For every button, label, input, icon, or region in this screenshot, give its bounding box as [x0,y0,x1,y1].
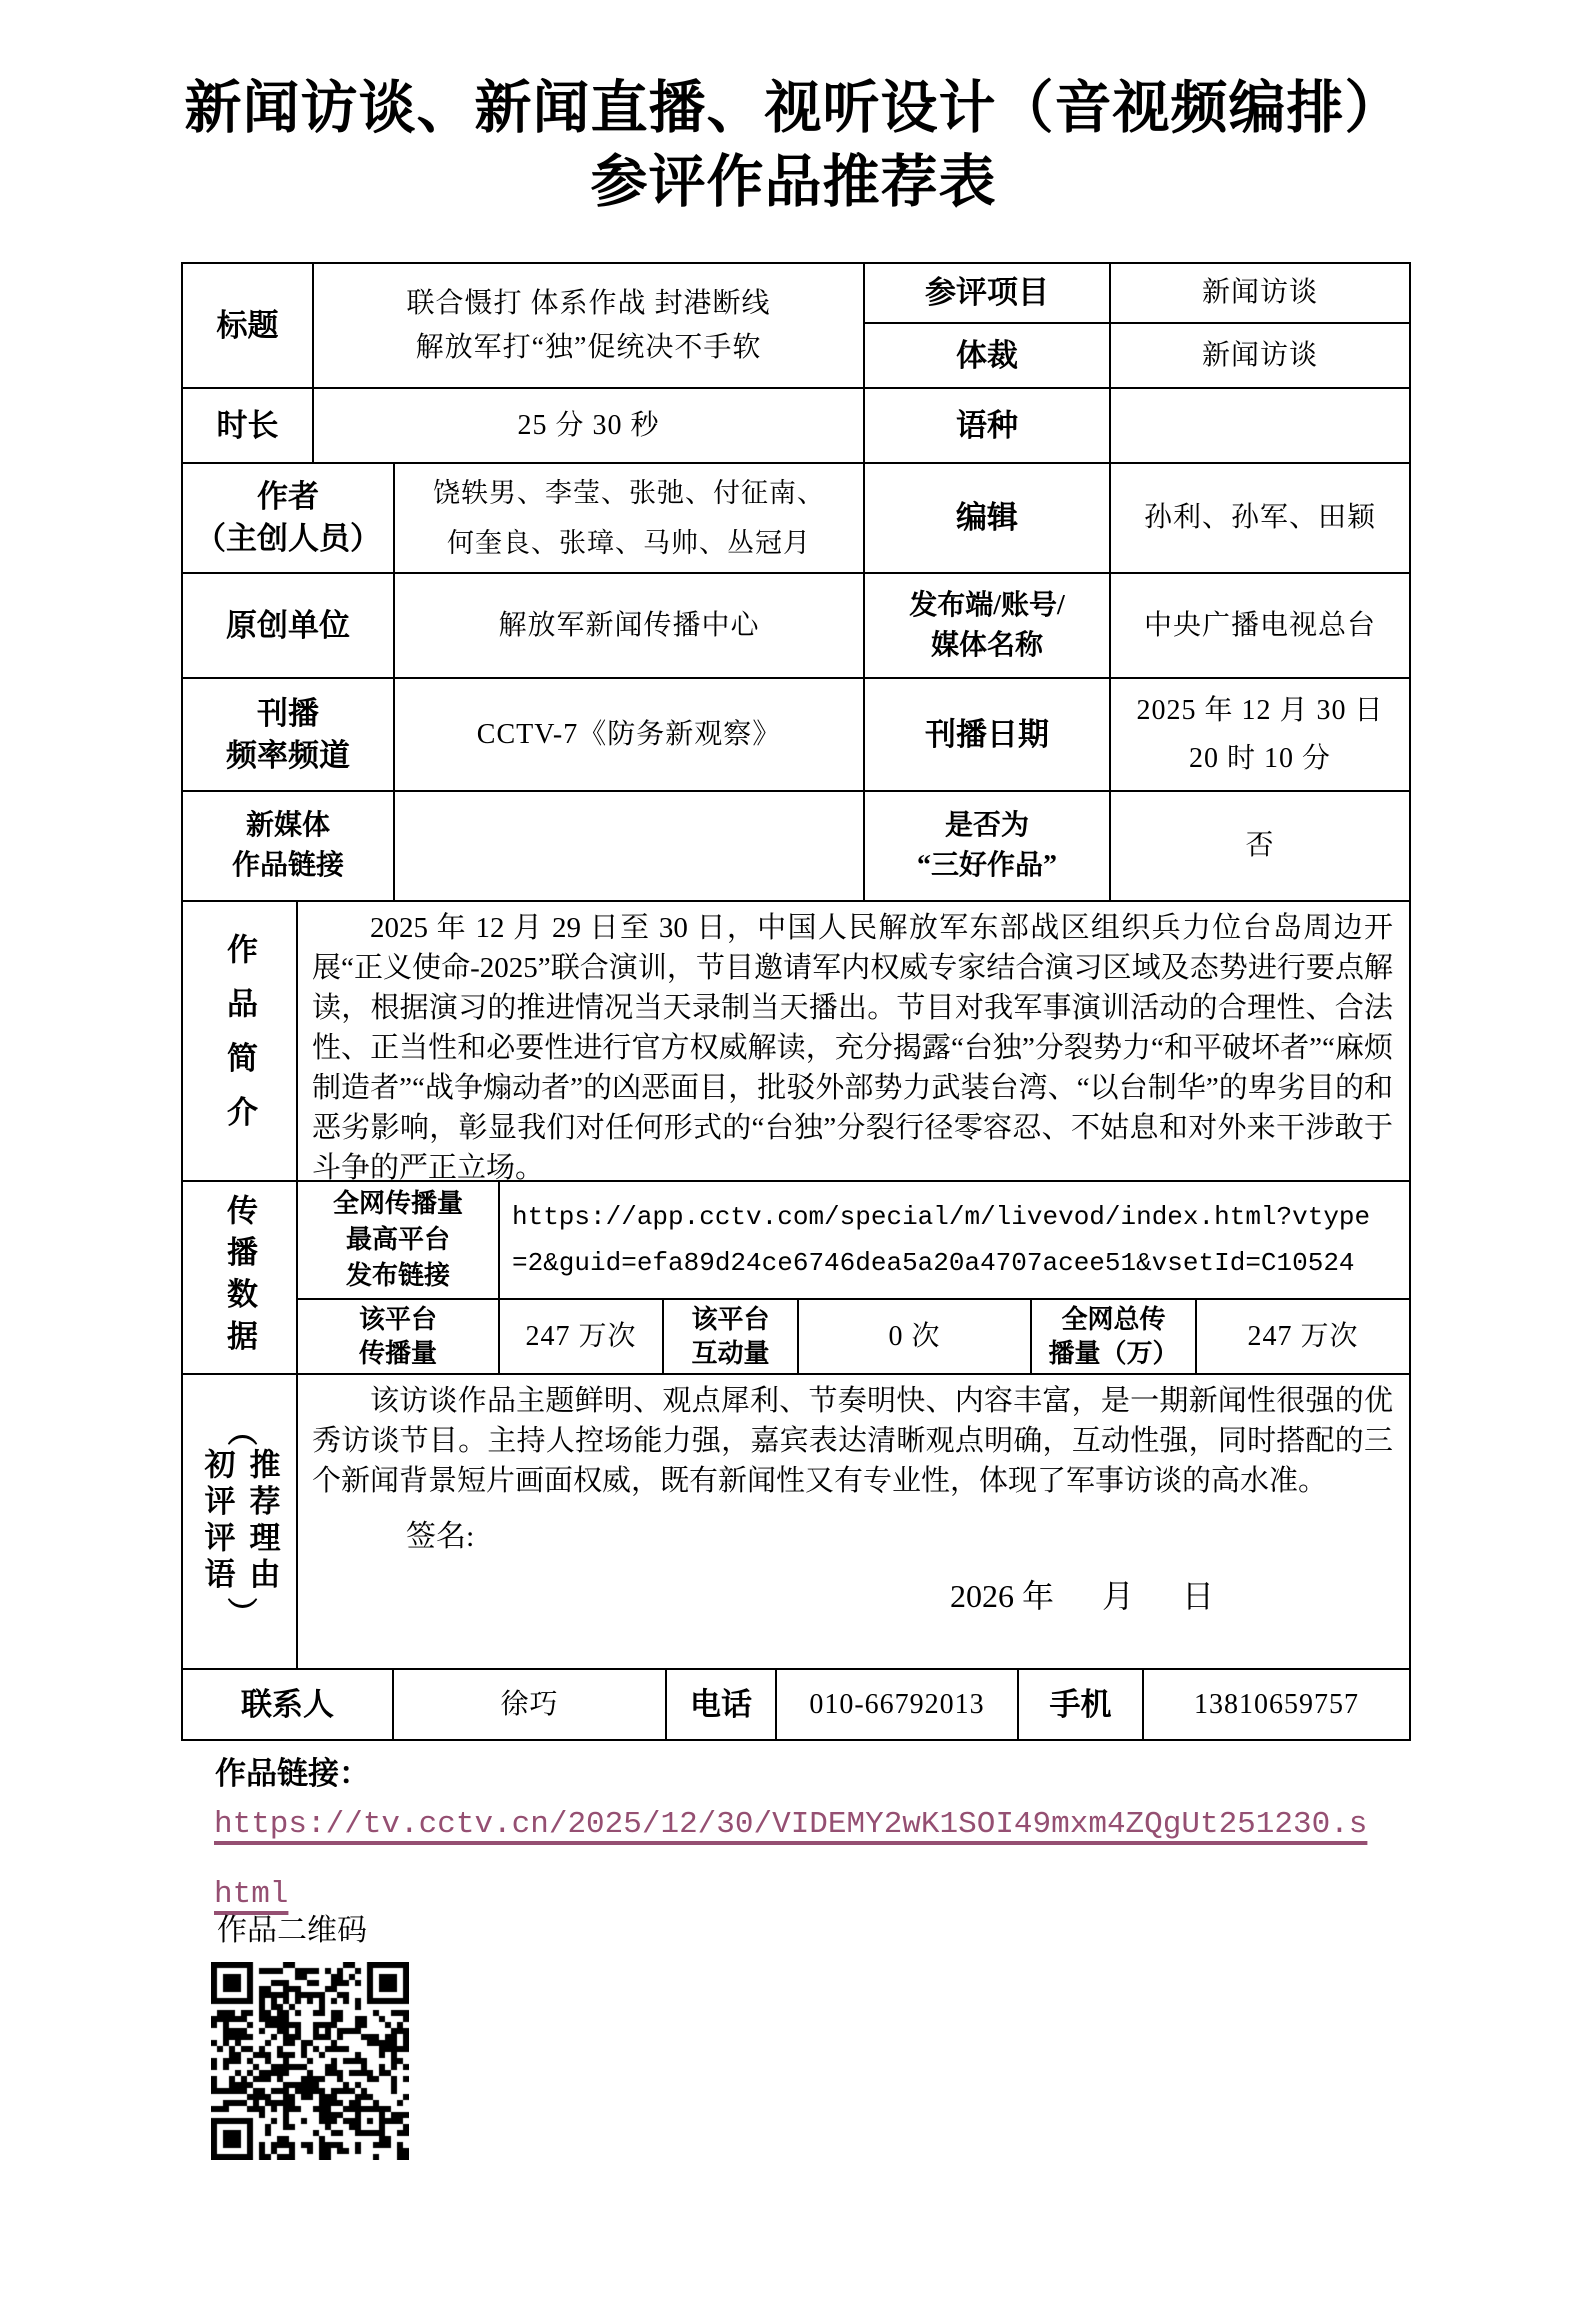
platform-views-value: 247 万次 [500,1300,664,1375]
contact-phone-label: 电话 [667,1670,777,1739]
review-label-col1: 初评评语 [195,1448,240,1594]
summary-text: 2025 年 12 月 29 日至 30 日，中国人民解放军东部战区组织兵力位台… [298,902,1409,1182]
contact-mobile-label: 手机 [1019,1670,1144,1739]
band-review: （ 初评评语 推荐理由 ） 该访谈作品主题鲜明、观点犀利、节奏明快、内容丰富，是… [183,1375,1409,1670]
review-text: 该访谈作品主题鲜明、观点犀利、节奏明快、内容丰富，是一期新闻性很强的优秀访谈节目… [298,1375,1409,1501]
summary-cell: 2025 年 12 月 29 日至 30 日，中国人民解放军东部战区组织兵力位台… [298,902,1409,1182]
language-value [1111,389,1409,464]
broadcast-channel-label: 刊播 频率频道 [183,679,395,792]
title-label: 标题 [183,264,314,389]
three-good-label: 是否为 “三好作品” [865,792,1111,902]
summary-label-cell: 作品简介 [183,902,298,1182]
editors-label: 编辑 [865,464,1111,574]
language-label: 语种 [865,389,1111,464]
broadcast-date-value: 2025 年 12 月 30 日 20 时 10 分 [1111,679,1409,792]
band-broadcast: 刊播 频率频道 CCTV-7《防务新观察》 刊播日期 2025 年 12 月 3… [183,679,1409,792]
qr-code-label: 作品二维码 [217,1905,367,1949]
review-label-cell: （ 初评评语 推荐理由 ） [183,1375,298,1670]
new-media-link-label: 新媒体 作品链接 [183,792,395,902]
title-value: 联合慑打 体系作战 封港断线 解放军打“独”促统决不手软 [314,264,865,389]
top-link-label: 全网传播量 最高平台 发布链接 [298,1182,500,1300]
review-label-columns: 初评评语 推荐理由 [195,1448,285,1594]
band-title: 标题 联合慑打 体系作战 封港断线 解放军打“独”促统决不手软 参评项目 新闻访… [183,264,1409,464]
total-views-label: 全网总传 播量（万） [1032,1300,1197,1375]
contact-mobile: 13810659757 [1144,1670,1409,1739]
broadcast-channel-value: CCTV-7《防务新观察》 [395,679,865,792]
band-spread-data: 传播数据 全网传播量 最高平台 发布链接 https://app.cctv.co… [183,1182,1409,1375]
platform-views-label: 该平台 传播量 [298,1300,500,1375]
review-label-close-paren: ） [225,1597,255,1627]
work-link[interactable]: https://tv.cctv.cn/2025/12/30/VIDEMY2wK1… [214,1790,1464,1930]
work-link-label: 作品链接： [215,1748,370,1793]
spread-label: 传播数据 [217,1194,262,1361]
total-views-value: 247 万次 [1197,1300,1409,1375]
summary-label: 作品简介 [217,933,262,1150]
platform-interactions-label: 该平台 互动量 [664,1300,799,1375]
three-good-value: 否 [1111,792,1409,902]
new-media-link-value [395,792,865,902]
authors-label: 作者 （主创人员） [183,464,395,574]
band-authors: 作者 （主创人员） 饶轶男、李莹、张弛、付征南、 何奎良、张璋、马帅、丛冠月 编… [183,464,1409,574]
broadcast-date-label: 刊播日期 [865,679,1111,792]
original-unit-label: 原创单位 [183,574,395,679]
review-label-open-paren: （ [225,1416,255,1446]
document-page: 新闻访谈、新闻直播、视听设计（音视频编排） 参评作品推荐表 标题 联合慑打 体系… [0,0,1587,2313]
page-title: 新闻访谈、新闻直播、视听设计（音视频编排） 参评作品推荐表 [0,72,1587,220]
spread-label-cell: 传播数据 [183,1182,298,1375]
original-unit-value: 解放军新闻传播中心 [395,574,865,679]
review-date-line: 2026 年 月 日 [298,1555,1214,1617]
recommendation-table: 标题 联合慑打 体系作战 封港断线 解放军打“独”促统决不手软 参评项目 新闻访… [181,262,1411,1741]
publish-platform-label: 发布端/账号/ 媒体名称 [865,574,1111,679]
band-original-unit: 原创单位 解放军新闻传播中心 发布端/账号/ 媒体名称 中央广播电视总台 [183,574,1409,679]
duration-label: 时长 [183,389,314,464]
duration-value: 25 分 30 秒 [314,389,865,464]
genre-label: 体裁 [865,324,1111,389]
authors-value: 饶轶男、李莹、张弛、付征南、 何奎良、张璋、马帅、丛冠月 [395,464,865,574]
editors-value: 孙利、孙军、田颖 [1111,464,1409,574]
entry-category-value: 新闻访谈 [1111,264,1409,324]
signature-label: 签名: [298,1501,474,1555]
review-label-col2: 推荐理由 [240,1448,285,1594]
platform-interactions-value: 0 次 [799,1300,1032,1375]
qr-code [211,1962,409,2160]
review-cell: 该访谈作品主题鲜明、观点犀利、节奏明快、内容丰富，是一期新闻性很强的优秀访谈节目… [298,1375,1409,1670]
entry-category-label: 参评项目 [865,264,1111,324]
genre-value: 新闻访谈 [1111,324,1409,389]
band-summary: 作品简介 2025 年 12 月 29 日至 30 日，中国人民解放军东部战区组… [183,902,1409,1182]
band-new-media: 新媒体 作品链接 是否为 “三好作品” 否 [183,792,1409,902]
top-link-value[interactable]: https://app.cctv.com/special/m/livevod/i… [500,1182,1409,1300]
publish-platform-value: 中央广播电视总台 [1111,574,1409,679]
contact-label: 联系人 [183,1670,394,1739]
contact-phone: 010-66792013 [777,1670,1019,1739]
contact-name: 徐巧 [394,1670,667,1739]
band-contact: 联系人 徐巧 电话 010-66792013 手机 13810659757 [183,1670,1409,1739]
